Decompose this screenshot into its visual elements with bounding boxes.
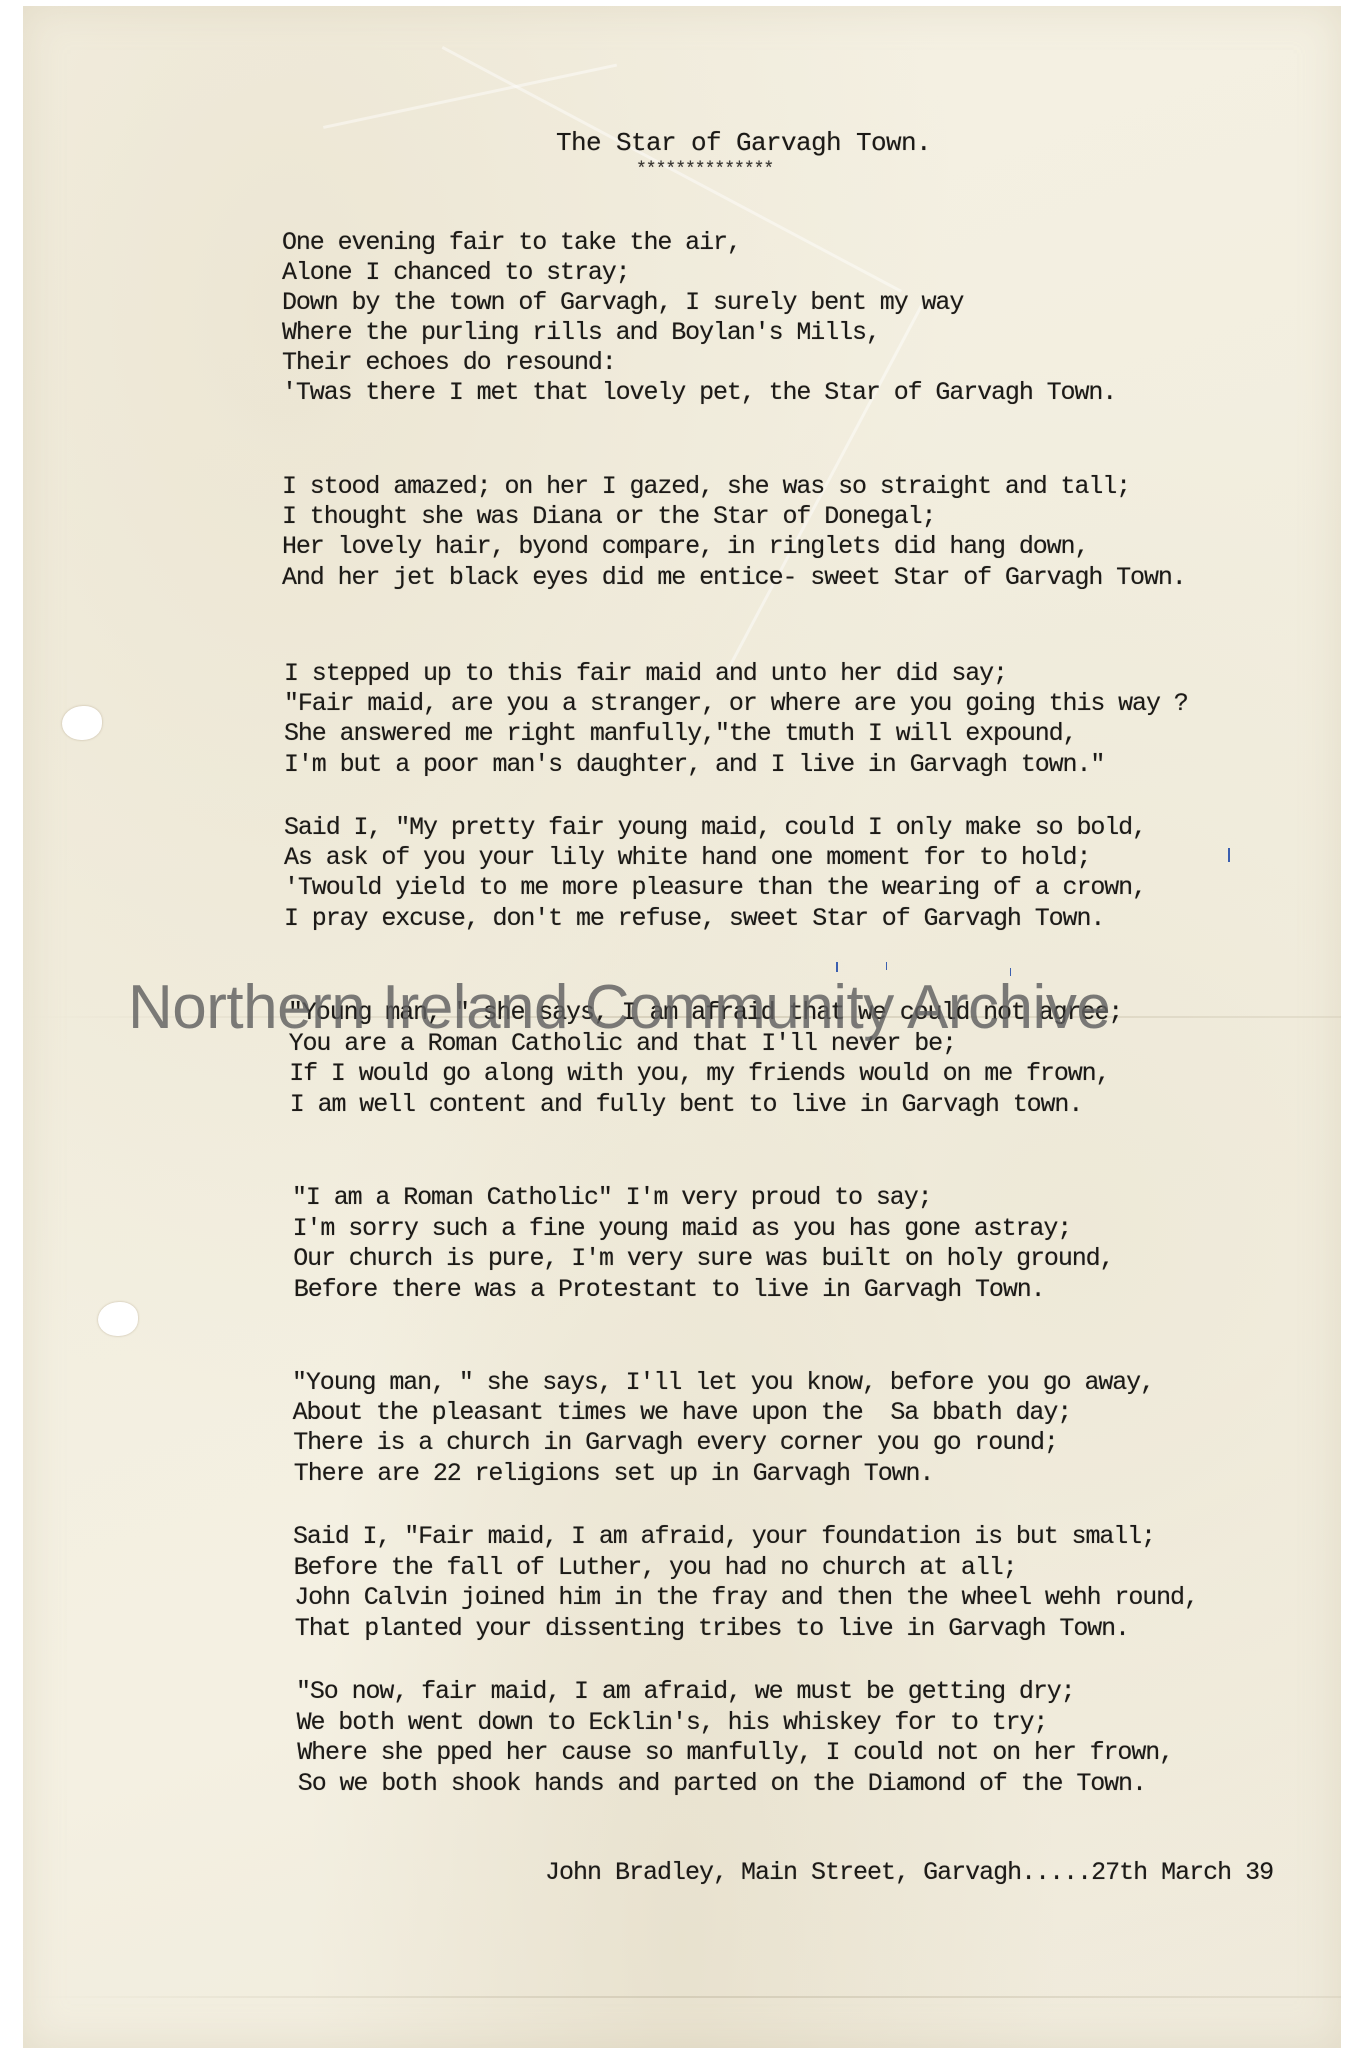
poem-line: Said I, "My pretty fair young maid, coul…	[284, 813, 1146, 842]
poem-line: "Young man, " she says, I'll let you kno…	[292, 1368, 1154, 1397]
ink-mark	[836, 962, 838, 972]
poem-line: And her jet black eyes did me entice- sw…	[282, 563, 1186, 592]
poem-line: I am well content and fully bent to live…	[290, 1090, 1082, 1119]
poem-line: I'm sorry such a fine young maid as you …	[293, 1214, 1072, 1243]
poem-title: The Star of Garvagh Town.	[556, 128, 931, 158]
poem-line: I thought she was Diana or the Star of D…	[282, 502, 935, 531]
poem-line: That planted your dissenting tribes to l…	[295, 1614, 1129, 1643]
fold-line	[23, 1996, 1341, 1998]
poem-line: I'm but a poor man's daughter, and I liv…	[284, 750, 1104, 779]
archive-watermark: Northern Ireland Community Archive	[128, 972, 1110, 1043]
paper-crease	[323, 64, 617, 129]
poem-line: She answered me right manfully,"the tmut…	[284, 719, 1076, 748]
poem-line: Down by the town of Garvagh, I surely be…	[282, 288, 963, 317]
poem-line: 'Twas there I met that lovely pet, the S…	[282, 378, 1116, 407]
poem-line: Before the fall of Luther, you had no ch…	[294, 1553, 1017, 1582]
poem-line: About the pleasant times we have upon th…	[293, 1398, 1072, 1427]
poem-line: Where the purling rills and Boylan's Mil…	[282, 318, 880, 347]
author-signature-line: John Bradley, Main Street, Garvagh.....2…	[545, 1858, 1273, 1887]
poem-line: I pray excuse, don't me refuse, sweet St…	[284, 904, 1104, 933]
poem-line: 'Twould yield to me more pleasure than t…	[284, 873, 1146, 902]
poem-line: One evening fair to take the air,	[282, 228, 741, 257]
poem-line: Their echoes do resound:	[282, 348, 616, 377]
ink-mark	[886, 962, 887, 970]
punch-hole	[98, 1302, 138, 1336]
poem-line: "I am a Roman Catholic" I'm very proud t…	[292, 1183, 932, 1212]
poem-line: We both went down to Ecklin's, his whisk…	[297, 1708, 1048, 1737]
title-asterisk-rule: **************	[636, 160, 773, 180]
poem-line: Our church is pure, I'm very sure was bu…	[293, 1244, 1113, 1273]
poem-line: There is a church in Garvagh every corne…	[293, 1428, 1058, 1457]
poem-line: "Fair maid, are you a stranger, or where…	[284, 689, 1188, 718]
poem-line: Before there was a Protestant to live in…	[294, 1275, 1045, 1304]
poem-line: Said I, "Fair maid, I am afraid, your fo…	[293, 1522, 1155, 1551]
poem-line: As ask of you your lily white hand one m…	[284, 843, 1090, 872]
poem-line: So we both shook hands and parted on the…	[298, 1769, 1146, 1798]
poem-line: There are 22 religions set up in Garvagh…	[294, 1459, 934, 1488]
poem-line: If I would go along with you, my friends…	[289, 1059, 1109, 1088]
poem-line: Alone I chanced to stray;	[282, 258, 630, 287]
poem-line: I stood amazed; on her I gazed, she was …	[282, 472, 1130, 501]
ink-mark	[1228, 848, 1230, 862]
poem-line: "So now, fair maid, I am afraid, we must…	[296, 1677, 1075, 1706]
poem-line: I stepped up to this fair maid and unto …	[284, 659, 1007, 688]
poem-line: Her lovely hair, byond compare, in ringl…	[282, 532, 1088, 561]
poem-line: Where she pped her cause so manfully, I …	[297, 1738, 1173, 1767]
poem-line: John Calvin joined him in the fray and t…	[294, 1583, 1198, 1612]
punch-hole	[62, 706, 102, 740]
